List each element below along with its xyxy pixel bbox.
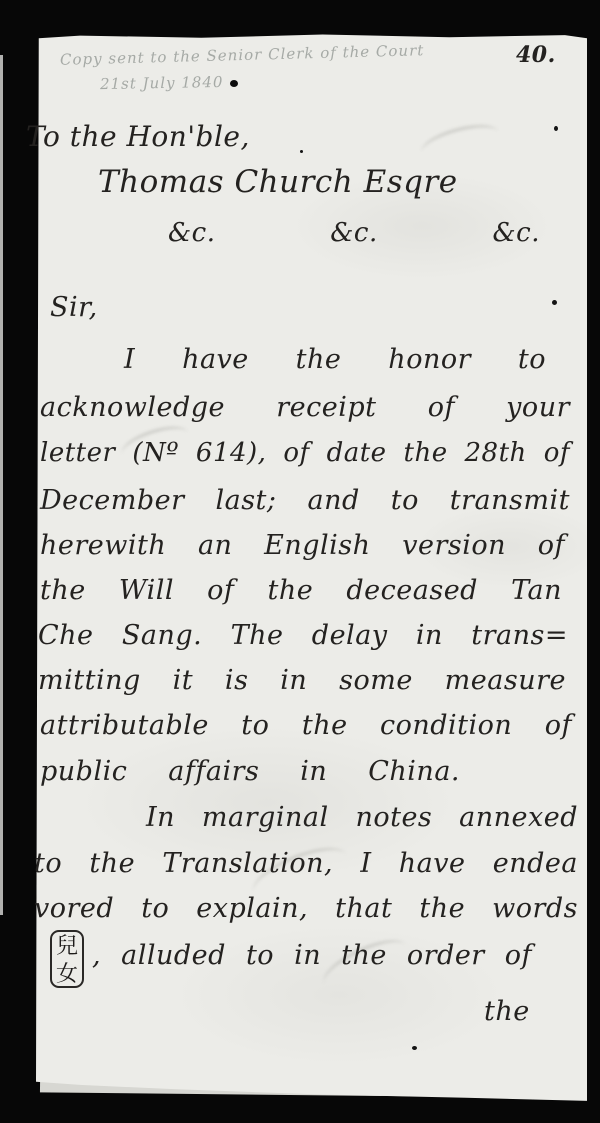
body-line: public affairs in China. — [40, 758, 460, 786]
address-name: Thomas Church Esqre — [98, 166, 458, 199]
ink-speck — [412, 1046, 417, 1050]
scan-edge-sliver — [0, 55, 3, 915]
body-line: December last; and to transmit — [40, 487, 570, 515]
body-line: I have the honor to — [124, 346, 546, 374]
body-line: attributable to the condition of — [40, 712, 572, 740]
etcetera-3: &c. — [493, 220, 540, 247]
page-number: 40. — [516, 44, 556, 67]
body-line: , alluded to in the order of — [92, 942, 532, 970]
scanned-document: { "page": { "number": "40.", "pencil_not… — [0, 0, 600, 1123]
catchword: the — [484, 998, 530, 1026]
ink-speck — [300, 150, 303, 153]
body-line: acknowledge receipt of your — [40, 394, 570, 422]
body-line: mitting it is in some measure — [38, 667, 566, 695]
body-line: Che Sang. The delay in trans= — [38, 622, 568, 650]
body-line: In marginal notes annexed — [146, 804, 578, 832]
etcetera-1: &c. — [168, 220, 215, 247]
body-line: herewith an English version of — [40, 532, 565, 560]
address-to: To the Hon'ble, — [26, 122, 250, 151]
ink-blot — [230, 80, 238, 87]
etcetera-2: &c. — [330, 220, 377, 247]
pencil-annotation-line2: 21st July 1840 — [100, 75, 224, 93]
body-line: to the Translation, I have endea — [34, 850, 578, 878]
salutation: Sir, — [50, 294, 98, 322]
ink-speck — [554, 126, 558, 131]
etcetera-row: &c. &c. &c. — [168, 220, 540, 247]
body-line: vored to explain, that the words — [34, 895, 578, 923]
body-line: letter (Nº 614), of date the 28th of — [40, 440, 570, 467]
body-line: the Will of the deceased Tan — [40, 577, 562, 605]
chinese-characters-box: 兒女 — [50, 930, 84, 988]
ink-speck — [552, 300, 557, 305]
